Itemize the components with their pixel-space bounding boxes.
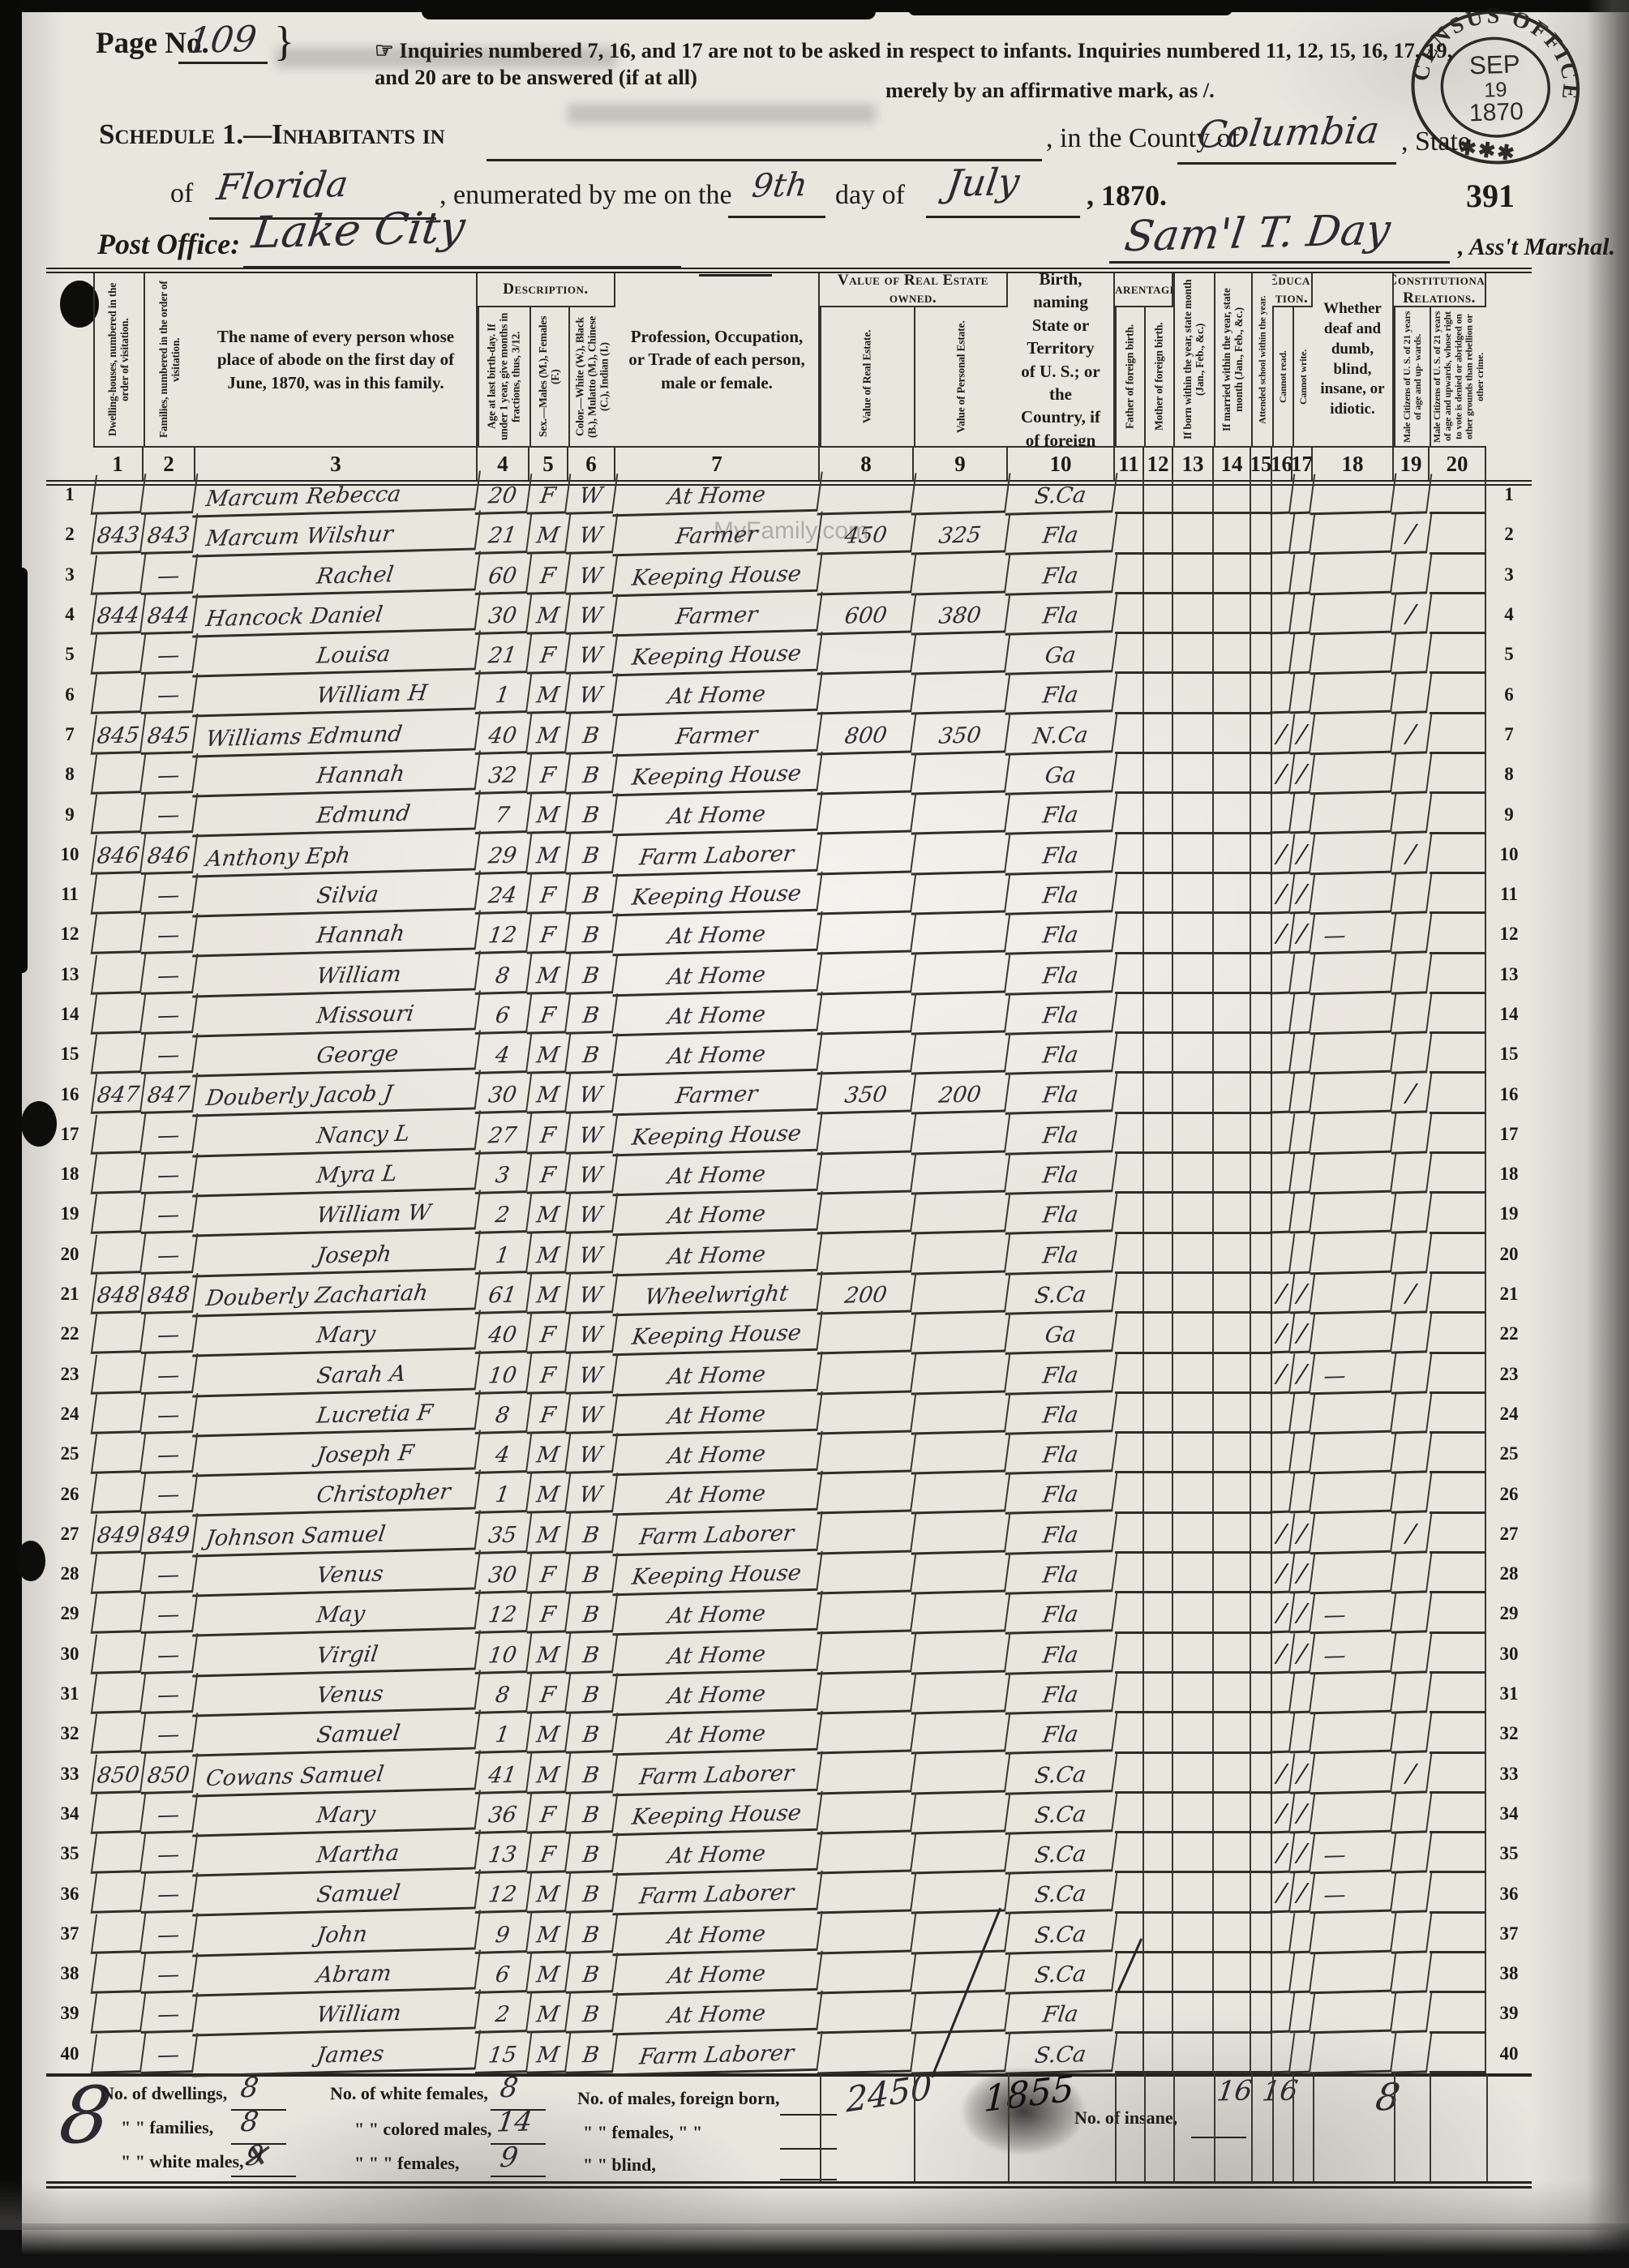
column-header-10: Place of Birth, naming State or Territor… [1008,273,1115,446]
cell-real-estate [817,872,917,915]
cell-vote-denied [1430,594,1486,634]
cell-born-month [1173,1833,1214,1873]
row-number-right: 11 [1486,874,1532,914]
cell-age: 1 [475,1233,533,1275]
cell-dwelling [91,1393,147,1434]
cell-birthplace: Fla [1005,1073,1117,1116]
cell-born-month [1173,674,1214,714]
cell-birthplace: Ga [1005,632,1117,675]
cell-mother-foreign [1144,1914,1173,1953]
cell-vote-denied [1430,1713,1486,1753]
row-number-left: 27 [46,1514,93,1554]
cell-deaf-dumb [1310,1313,1397,1355]
cell-personal-estate [911,1233,1011,1275]
cell-real-estate [817,753,917,795]
sheet-number: 391 [1466,177,1515,215]
cell-color: W [566,1433,619,1474]
cell-personal-estate [911,793,1011,835]
cell-vote-denied [1430,994,1486,1034]
cell-father-foreign [1115,1873,1144,1913]
cell-name: William [192,950,481,997]
cell-occupation: At Home [612,911,822,957]
cell-real-estate: 800 [817,713,917,755]
cell-family: — [141,794,199,835]
cell-occupation: At Home [612,951,822,997]
cell-color: W [566,1113,619,1155]
row-number-right: 12 [1486,914,1532,954]
header-gutter-right [1486,273,1532,480]
cell-dwelling [91,1233,147,1275]
cell-real-estate [817,993,917,1035]
total-white-females2-label: " " " females, [354,2153,460,2174]
cell-deaf-dumb [1310,1992,1397,2034]
cell-attended-school [1251,2034,1272,2073]
cell-sex: M [527,1434,572,1475]
cell-male-citizen [1391,954,1433,994]
row-number-left: 5 [46,634,93,674]
cell-married-month [1214,914,1251,954]
cell-age: 10 [475,1633,533,1674]
cell-age: 2 [475,1194,533,1235]
cell-birthplace: Fla [1005,1512,1117,1555]
cell-real-estate [817,953,917,995]
cell-mother-foreign [1144,514,1173,554]
cell-birthplace: S.Ca [1005,1872,1117,1915]
total-white-females-value: 8 [498,2072,520,2105]
row-number-right: 6 [1486,674,1532,714]
cell-male-citizen [1391,1153,1433,1194]
cell-personal-estate [911,1752,1011,1794]
cell-color: B [566,753,619,795]
cell-mother-foreign [1144,594,1173,634]
cell-family: — [141,1633,199,1674]
cell-male-citizen [1391,1593,1433,1634]
row-number-right: 35 [1486,1833,1532,1873]
row-number-right: 19 [1486,1194,1532,1233]
cell-deaf-dumb [1310,1233,1397,1275]
cell-dwelling: 846 [91,834,147,875]
cell-birthplace: Fla [1005,1432,1117,1475]
cell-born-month [1173,1034,1214,1074]
cell-real-estate [817,1113,917,1155]
cell-attended-school [1251,1234,1272,1274]
row-number-right: 21 [1486,1274,1532,1314]
column-header-9: Value of Personal Estate. [914,307,1008,446]
cell-color: B [566,1033,619,1074]
cell-father-foreign [1115,1194,1144,1233]
cell-occupation: Farm Laborer [612,2030,822,2076]
cell-personal-estate [911,753,1011,795]
inquiries-note-2: merely by an affirmative mark, as /. [885,78,1215,103]
cell-vote-denied [1430,1794,1486,1833]
cell-age: 8 [475,954,533,995]
cell-personal-estate [911,1353,1011,1395]
cell-name: Cowans Samuel [192,1750,481,1797]
cell-born-month [1173,714,1214,754]
cell-deaf-dumb [1310,993,1397,1035]
cell-age: 1 [475,1713,533,1754]
cell-sex: F [527,993,572,1035]
cell-age: 1 [475,674,533,715]
cell-age: 4 [475,1033,533,1074]
totals-column-rule-10 [1313,2073,1314,2181]
cell-mother-foreign [1144,1674,1173,1713]
cell-attended-school [1251,1953,1272,1993]
cell-vote-denied [1430,754,1486,794]
cell-deaf-dumb [1310,873,1397,915]
cell-sex: M [527,2033,572,2074]
cell-married-month [1214,1314,1251,1353]
page-no-brace: } [274,18,294,66]
cell-attended-school [1251,954,1272,994]
cell-attended-school [1251,754,1272,794]
cell-attended-school [1251,474,1272,514]
row-number-left: 17 [46,1114,93,1154]
cell-personal-estate [911,913,1011,955]
cell-personal-estate [911,1313,1011,1355]
cell-sex: F [527,1353,572,1395]
cell-personal-estate [911,1553,1011,1595]
cell-color: W [566,633,619,675]
column-header-11: Father of foreign birth. [1115,307,1144,446]
cell-mother-foreign [1144,954,1173,994]
row-number-left: 26 [46,1473,93,1513]
cell-personal-estate [911,1593,1011,1635]
cell-attended-school [1251,1274,1272,1314]
cell-male-citizen [1391,1473,1433,1514]
cell-color: W [566,1393,619,1434]
cell-sex: M [527,1473,572,1515]
cell-dwelling [91,633,147,675]
cell-sex: M [527,514,572,555]
cell-mother-foreign [1144,1314,1173,1353]
cell-born-month [1173,1314,1214,1353]
cell-color: W [566,1074,619,1115]
cell-male-citizen [1391,474,1433,514]
cell-attended-school [1251,634,1272,674]
row-number-left: 31 [46,1674,93,1713]
cell-family: — [141,1393,199,1434]
cell-occupation: At Home [612,1671,822,1717]
cell-age: 35 [475,1513,533,1554]
cell-vote-denied [1430,1634,1486,1674]
cell-born-month [1173,1154,1214,1194]
cell-vote-denied [1430,1993,1486,2033]
cell-family: — [141,1713,199,1754]
marshal-name: Sam'l T. Day [1121,206,1393,262]
cell-occupation: Keeping House [612,872,822,917]
row-number-right: 40 [1486,2034,1532,2073]
cell-occupation: Farm Laborer [612,1751,822,1796]
cell-birthplace: Fla [1005,833,1117,876]
cell-father-foreign [1115,1314,1144,1353]
total-females-ditto-label: " " females, " " [583,2122,702,2143]
cell-family: — [141,1593,199,1634]
row-number-left: 33 [46,1754,93,1794]
cell-father-foreign [1115,1394,1144,1434]
cell-deaf-dumb [1310,1073,1397,1115]
cell-born-month [1173,1634,1214,1674]
cell-birthplace: Fla [1005,793,1117,836]
cell-personal-estate [911,473,1011,515]
cell-sex: F [527,1833,572,1874]
cell-family: — [141,954,199,995]
cell-dwelling [91,1553,147,1594]
cell-sex: M [527,1513,572,1554]
cell-attended-school [1251,1473,1272,1513]
total-white-males-value: 9 [243,2140,265,2173]
cell-married-month [1214,1514,1251,1554]
cell-sex: M [527,594,572,635]
cell-dwelling [91,1633,147,1674]
cell-age: 9 [475,1913,533,1954]
cell-married-month [1214,674,1251,714]
cell-deaf-dumb [1310,1953,1397,1995]
cell-attended-school [1251,794,1272,834]
column-header-16: Cannot read. [1272,307,1292,446]
year-label: , 1870. [1087,178,1167,212]
cell-color: B [566,1833,619,1874]
cell-occupation: At Home [612,671,822,717]
row-number-left: 25 [46,1434,93,1473]
cell-color: B [566,1553,619,1594]
cell-father-foreign [1115,994,1144,1034]
cell-attended-school [1251,1114,1272,1154]
cell-name: Hannah [192,911,481,958]
cell-age: 12 [475,913,533,954]
cell-age: 30 [475,1074,533,1115]
cell-deaf-dumb: — [1310,1833,1397,1875]
cell-real-estate [817,1193,917,1235]
cell-sex: M [527,794,572,835]
cell-color: B [566,1953,619,1994]
cell-mother-foreign [1144,754,1173,794]
cell-personal-estate [911,1153,1011,1195]
cell-occupation: Farm Laborer [612,1871,822,1916]
cell-age: 3 [475,1153,533,1194]
row-number-left: 1 [46,474,93,514]
cell-married-month [1214,1194,1251,1233]
row-number-right: 24 [1486,1394,1532,1434]
cell-married-month [1214,555,1251,594]
row-number-left: 9 [46,794,93,834]
stamp-year: 1870 [1468,98,1524,126]
cell-birthplace: Fla [1005,953,1117,996]
cell-born-month [1173,914,1214,954]
cell-attended-school [1251,1794,1272,1833]
cell-married-month [1214,794,1251,834]
row-number-left: 14 [46,994,93,1034]
cell-attended-school [1251,914,1272,954]
column-header-2: Families, numbered in the order of visit… [144,273,195,446]
cell-color: W [566,514,619,555]
cell-occupation: At Home [612,1231,822,1276]
cell-father-foreign [1115,1354,1144,1394]
cell-name: Edmund [192,791,481,838]
row-number-left: 29 [46,1593,93,1633]
cell-sex: F [527,1153,572,1194]
cell-vote-denied [1430,1274,1486,1314]
cell-personal-estate [911,872,1011,915]
row-number-left: 19 [46,1194,93,1233]
post-office-label: Post Office: [97,227,240,261]
cell-dwelling [91,794,147,835]
totals-column-rule-13 [1486,2073,1488,2181]
cell-attended-school [1251,674,1272,714]
cell-occupation: At Home [612,1711,822,1756]
cell-dwelling [91,954,147,995]
cell-occupation: At Home [612,1191,822,1237]
cell-mother-foreign [1144,994,1173,1034]
cell-personal-estate: 200 [911,1073,1011,1115]
cell-mother-foreign [1144,714,1173,754]
cell-born-month [1173,1114,1214,1154]
cell-married-month [1214,1234,1251,1274]
cell-real-estate [817,1672,917,1714]
cell-male-citizen: / [1391,1273,1433,1314]
cell-married-month [1214,1394,1251,1434]
row-number-right: 15 [1486,1034,1532,1074]
cell-age: 12 [475,1593,533,1634]
cell-father-foreign [1115,514,1144,554]
row-number-right: 23 [1486,1354,1532,1394]
cell-deaf-dumb [1310,1393,1397,1435]
cell-age: 20 [475,474,533,515]
cell-male-citizen [1391,554,1433,594]
totals-column-rule-4 [1144,2073,1146,2181]
cell-mother-foreign [1144,1114,1173,1154]
cell-dwelling: 850 [91,1753,147,1794]
row-number-left: 2 [46,514,93,554]
row-number-right: 38 [1486,1953,1532,1993]
cell-real-estate [817,1833,917,1875]
cell-occupation: At Home [612,1351,822,1396]
cell-name: Christopher [192,1470,481,1517]
cell-color: W [566,474,619,515]
cell-name: Sarah A [192,1350,481,1397]
cell-father-foreign [1115,1754,1144,1794]
row-number-left: 21 [46,1274,93,1314]
column-group-constitutional: Constitutional Relations. [1394,273,1486,307]
cell-mother-foreign [1144,1873,1173,1913]
totals-column-rule-12 [1430,2073,1431,2181]
binder-hole-3 [16,1541,45,1581]
cell-married-month [1214,994,1251,1034]
cell-real-estate [817,793,917,835]
cell-married-month [1214,1873,1251,1913]
cell-married-month [1214,1993,1251,2033]
cell-married-month [1214,1794,1251,1833]
enum-day: 9th [750,166,810,205]
cell-personal-estate [911,1392,1011,1434]
cell-mother-foreign [1144,1993,1173,2033]
cell-dwelling [91,1353,147,1395]
row-number-left: 3 [46,555,93,594]
cell-male-citizen [1391,873,1433,914]
cell-dwelling: 849 [91,1513,147,1554]
cell-real-estate [817,1153,917,1195]
cell-vote-denied [1430,914,1486,954]
cell-married-month [1214,1833,1251,1873]
cell-occupation: At Home [612,1591,822,1636]
cell-attended-school [1251,1873,1272,1913]
cell-color: B [566,954,619,995]
cell-born-month [1173,1194,1214,1233]
cell-color: B [566,1913,619,1954]
cell-male-citizen [1391,1633,1433,1674]
cell-dwelling [91,1713,147,1754]
cell-attended-school [1251,1394,1272,1434]
cell-deaf-dumb [1310,1752,1397,1794]
cell-dwelling [91,1953,147,1994]
cell-personal-estate [911,1952,1011,1994]
cell-born-month [1173,1993,1214,2033]
cell-vote-denied [1430,514,1486,554]
cell-personal-estate [911,1713,1011,1755]
cell-sex: F [527,1673,572,1714]
cell-real-estate [817,1992,917,2034]
cell-mother-foreign [1144,634,1173,674]
cell-mother-foreign [1144,1394,1173,1434]
cell-occupation: At Home [612,791,822,837]
cell-dwelling [91,474,147,515]
row-number-right: 27 [1486,1514,1532,1554]
row-number-left: 35 [46,1833,93,1873]
cell-vote-denied [1430,874,1486,914]
cell-attended-school [1251,514,1272,554]
cell-age: 8 [475,1673,533,1714]
total-colored-males-label: " " colored males, [354,2119,491,2140]
cell-occupation: At Home [612,1151,822,1197]
cell-born-month [1173,754,1214,794]
cell-age: 13 [475,1833,533,1874]
cell-father-foreign [1115,1514,1144,1554]
cell-personal-estate [911,1433,1011,1475]
cell-real-estate [817,1713,917,1755]
cell-deaf-dumb [1310,1193,1397,1235]
cell-male-citizen [1391,1434,1433,1474]
cell-age: 61 [475,1273,533,1314]
cell-occupation: Keeping House [612,752,822,797]
cell-name: Johnson Samuel [192,1510,481,1557]
cell-age: 7 [475,794,533,835]
cell-real-estate [817,553,917,595]
cell-sex: M [527,1194,572,1235]
cell-age: 12 [475,1873,533,1914]
cell-family: 847 [141,1074,199,1115]
row-number-left: 22 [46,1314,93,1353]
scan-edge-left [0,0,22,2268]
column-header-20: Male Citizens of U. S. of 21 years of ag… [1430,307,1486,446]
cell-male-citizen [1391,1314,1433,1354]
row-number-right: 3 [1486,555,1532,594]
cell-mother-foreign [1144,1794,1173,1833]
cell-color: B [566,1793,619,1834]
cell-deaf-dumb [1310,1792,1397,1834]
cell-vote-denied [1430,1754,1486,1794]
cell-father-foreign [1115,674,1144,714]
cell-dwelling: 843 [91,513,147,555]
cell-attended-school [1251,1914,1272,1953]
cell-born-month [1173,994,1214,1034]
cell-mother-foreign [1144,1754,1173,1794]
scan-edge-top-blob [422,0,876,19]
cell-male-citizen [1391,1673,1433,1713]
cell-personal-estate [911,553,1011,595]
cell-dwelling [91,554,147,595]
cell-sex: F [527,634,572,675]
cell-married-month [1214,1473,1251,1513]
